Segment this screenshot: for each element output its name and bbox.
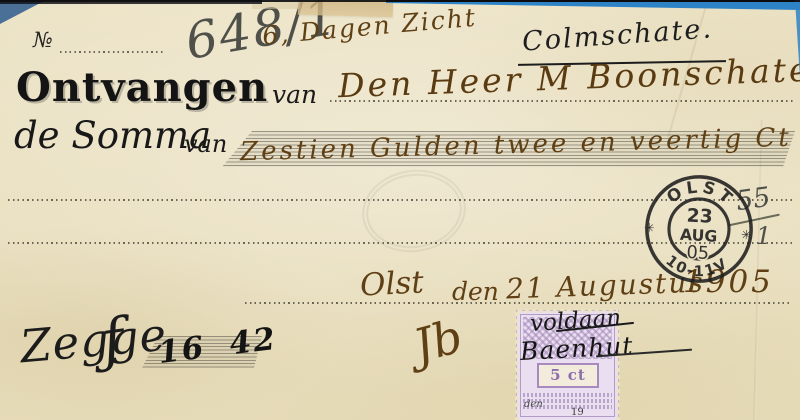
payer-name: Den Heer M Boonschate — [337, 50, 800, 106]
tape-piece — [298, 0, 393, 17]
postmark-year: 05 — [686, 243, 710, 264]
no-dotted-line — [60, 51, 165, 53]
sum-label: de Somma — [14, 114, 211, 157]
amount-in-figures: 16 42 — [156, 321, 279, 371]
stamp-den-label: den — [524, 399, 543, 410]
stamp-value-box: 5 ct — [537, 363, 599, 388]
stamp-year-prefix: 19 — [571, 407, 584, 418]
svg-text:OLST: OLST — [662, 174, 740, 210]
pencil-number-bottom: 1 — [756, 222, 771, 250]
faint-stamp-ghost — [357, 163, 471, 259]
scanned-receipt-photo: № Ontvangen van de Somma van Zegge ƒ 648… — [0, 0, 800, 420]
place-annotation: Colmschate. — [521, 13, 714, 57]
scan-edge-black-line — [0, 0, 800, 2]
postmark-star-left-icon: ✳ — [643, 221, 654, 237]
stamp-microtext — [523, 393, 612, 397]
initials: Jb — [408, 309, 468, 374]
sum-preposition: van — [184, 130, 227, 158]
no-label: № — [33, 28, 53, 52]
date-den: den — [452, 277, 499, 306]
received-preposition: van — [272, 80, 317, 109]
received-label: Ontvangen — [16, 64, 268, 111]
signature: Baenhut — [519, 331, 634, 366]
postmark-town-arc: OLST — [662, 174, 740, 210]
postmark: OLST 10-11V ✳ ✳ 23 AUG 05 — [637, 167, 761, 291]
place-name: Olst — [359, 264, 424, 303]
postmark-star-right-icon: ✳ — [741, 228, 752, 244]
